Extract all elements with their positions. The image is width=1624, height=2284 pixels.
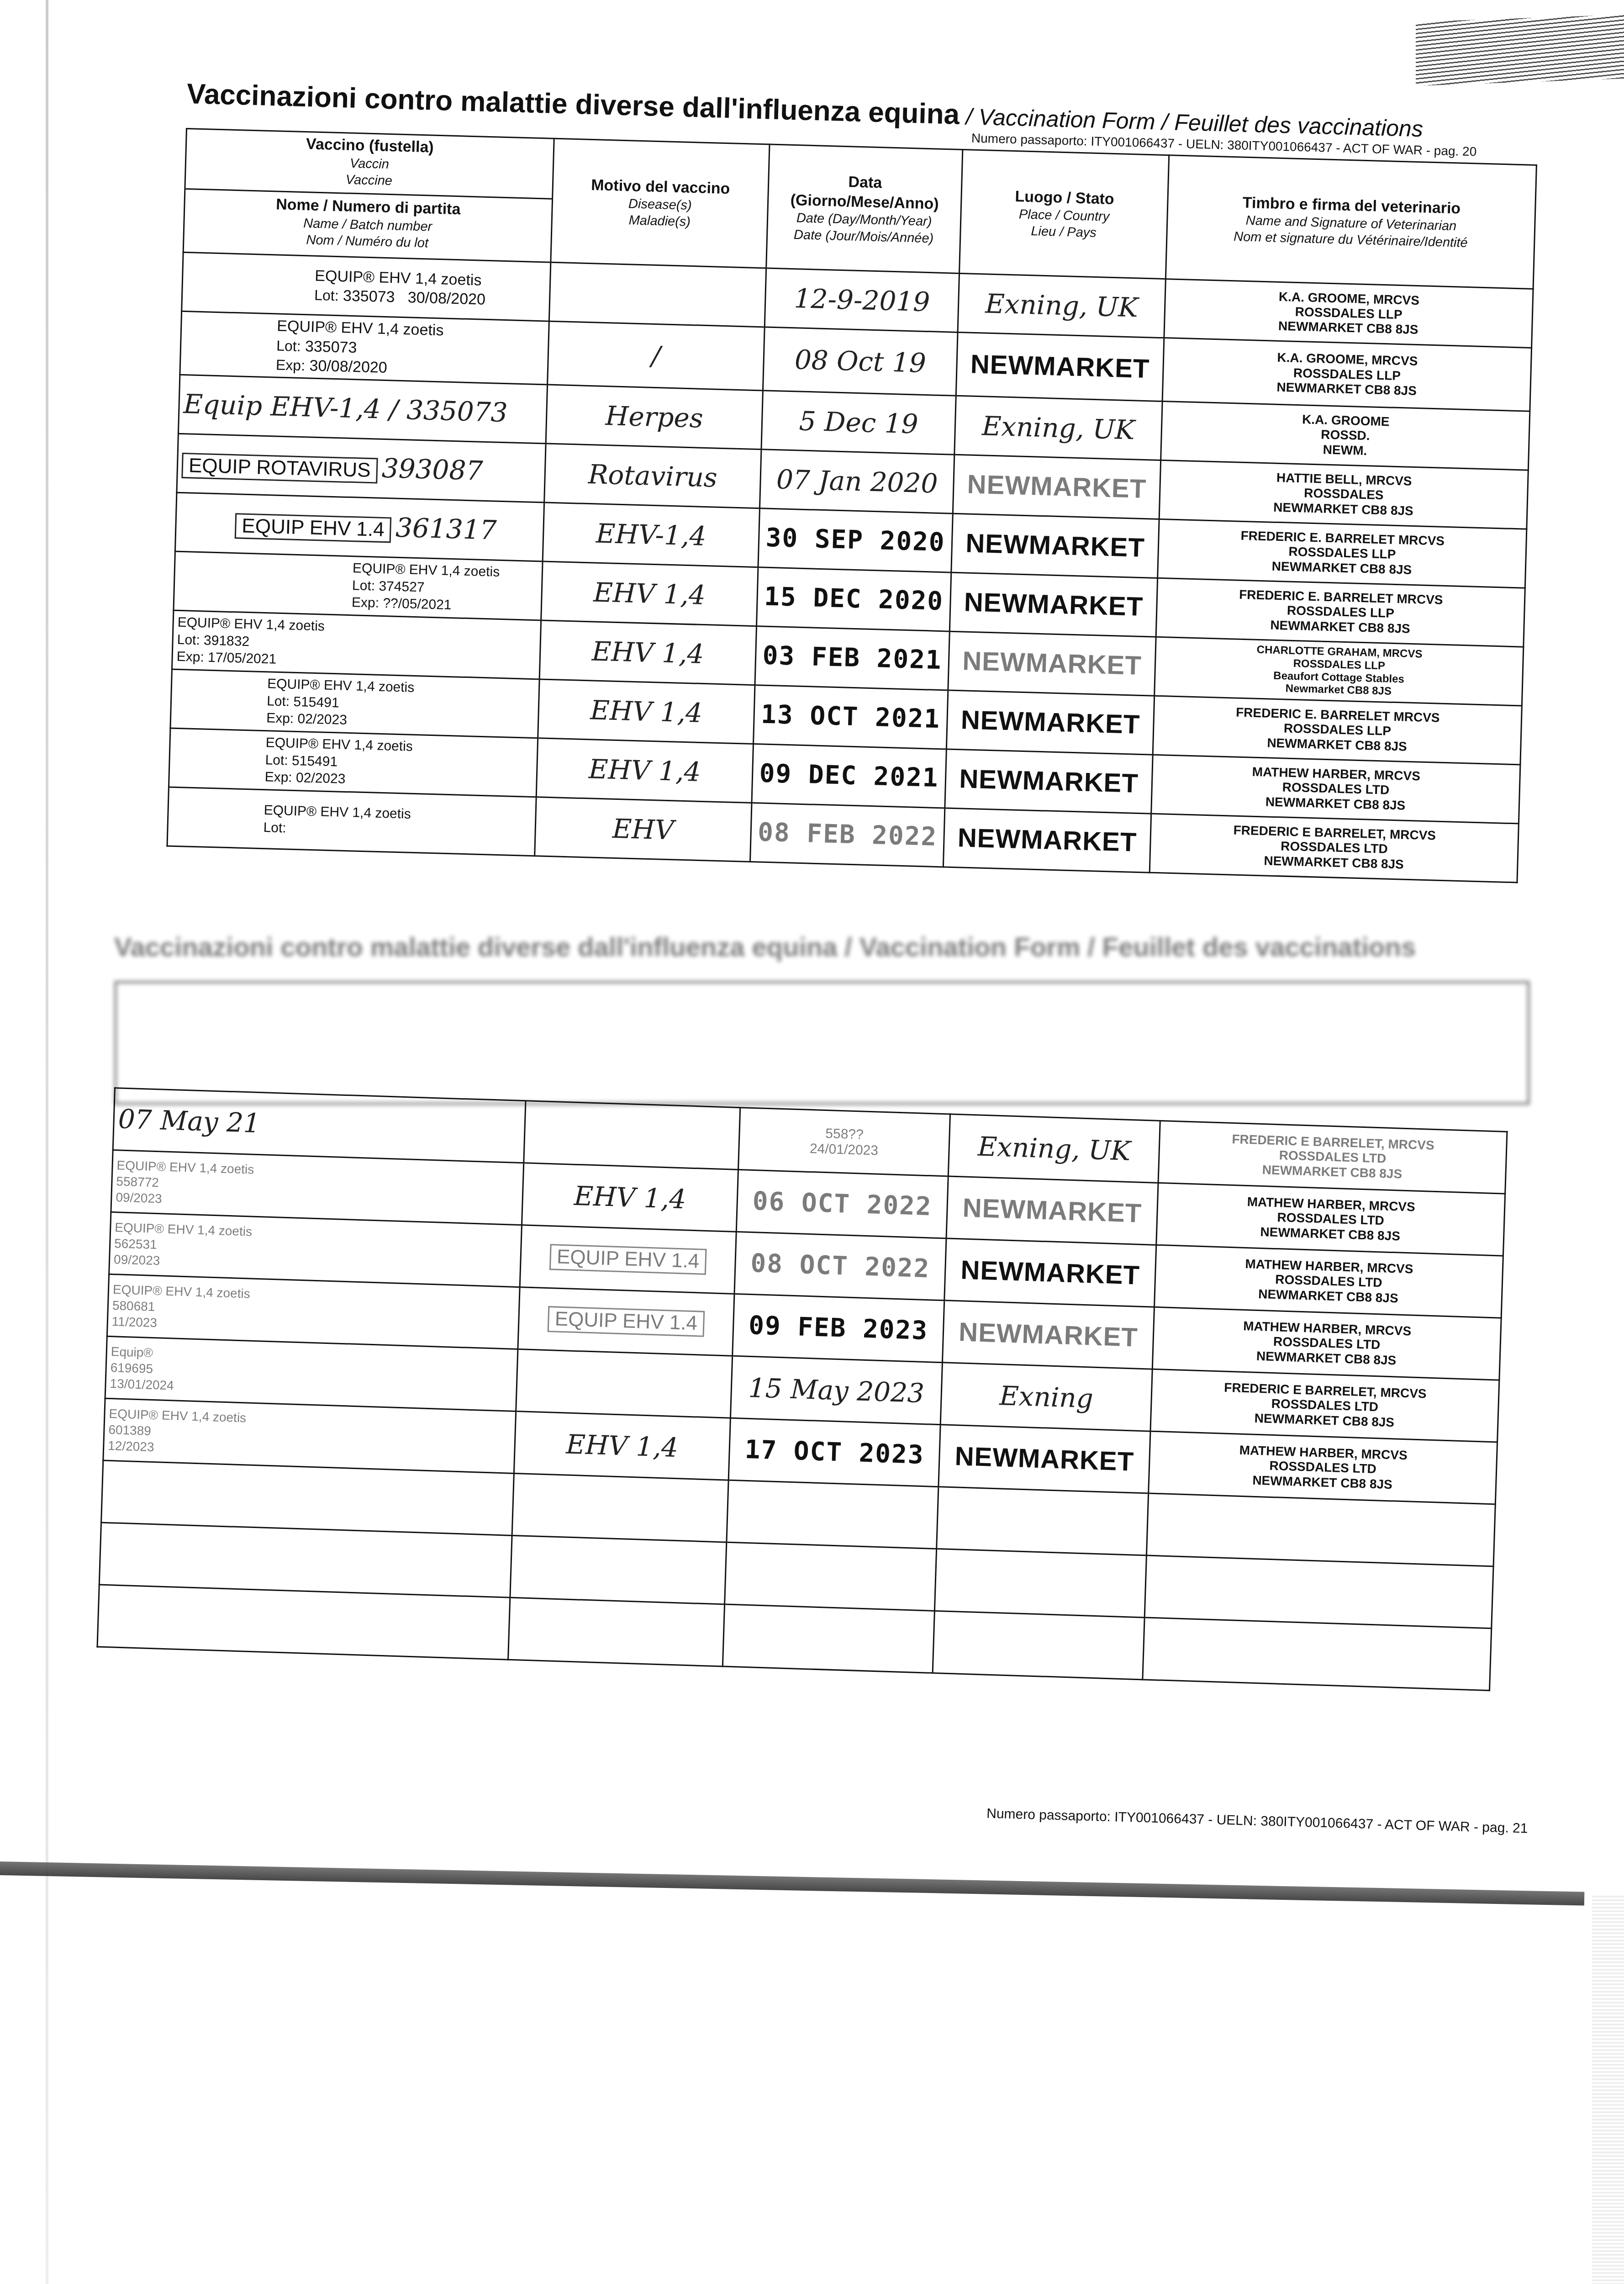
vaccine-sticker: EQUIP® EHV 1,4 zoetis60138912/2023 [103,1398,516,1473]
vet-stamp: K.A. GROOMEROSSD.NEWM. [1161,401,1530,470]
rotavirus-stamp: EQUIP ROTAVIRUS [181,453,378,484]
disease-cell: EHV-1,4 [543,502,760,567]
place-cell: Exning [940,1363,1152,1431]
date-cell: 17 OCT 2023 [728,1418,940,1486]
vet-stamp: FREDERIC E. BARRELET MRCVSROSSDALES LLPN… [1158,519,1527,588]
date-cell: 15 May 2023 [730,1356,942,1424]
vaccine-cell: EQUIP EHV 1.4 361317 [175,492,544,561]
disease-cell: Rotavirus [544,444,761,508]
vet-stamp: FREDERIC E BARRELET, MRCVSROSSDALES LTDN… [1158,1121,1507,1194]
ehv-stamp: EQUIP EHV 1.4 [235,513,392,543]
disease-cell [524,1101,740,1170]
disease-cell [549,262,766,327]
disease-cell: EHV 1,4 [539,620,757,685]
place-cell: NEWMARKET [943,808,1151,872]
lot-handwritten: 361317 [395,512,497,546]
place-cell: NEWMARKET [942,1301,1154,1369]
place-cell: NEWMARKET [944,1238,1156,1307]
place-cell: Exning, UK [954,396,1163,460]
scan-right-edge [1592,1896,1624,2284]
vet-stamp: MATHEW HARBER, MRCVSROSSDALES LTDNEWMARK… [1156,1183,1505,1256]
header-vet: Timbro e firma del veterinarioName and S… [1166,155,1537,289]
date-cell: 13 OCT 2021 [754,685,948,749]
vaccination-table-page-21: 07 May 21 558??24/01/2023 Exning, UK FRE… [96,1087,1508,1691]
place-cell: NEWMARKET [953,455,1161,519]
place-cell: NEWMARKET [945,749,1153,813]
page-20: Vaccinazioni contro malattie diverse dal… [186,78,1557,147]
disease-cell: EHV 1,4 [522,1163,738,1232]
vet-stamp: CHARLOTTE GRAHAM, MRCVSROSSDALES LLPBeau… [1155,637,1524,706]
date-cell: 15 DEC 2020 [757,567,951,631]
place-cell: NEWMARKET [949,572,1158,637]
date-cell: 08 FEB 2022 [750,803,945,867]
vaccination-table-page-20: Vaccino (fustella)VaccinVaccine Nome / N… [166,128,1537,883]
title-italian: Vaccinazioni contro malattie diverse dal… [186,78,960,131]
date-cell: 12-9-2019 [765,268,960,332]
vaccine-sticker: EQUIP® EHV 1,4 zoetisLot: 335073 30/08/2… [182,252,551,321]
vet-stamp: K.A. GROOME, MRCVSROSSDALES LLPNEWMARKET… [1162,338,1531,411]
blurred-title: Vaccinazioni contro malattie diverse dal… [114,932,1530,962]
ehv-stamp: EQUIP EHV 1.4 [549,1244,707,1275]
vaccine-sticker: EQUIP® EHV 1,4 zoetisLot: 515491Exp: 02/… [169,728,538,797]
ehv-stamp: EQUIP EHV 1.4 [548,1306,705,1337]
vaccine-handwritten: Equip EHV-1,4 / 335073 [178,375,547,444]
vet-stamp: FREDERIC E BARRELET, MRCVSROSSDALES LTDN… [1150,814,1519,883]
vet-stamp: HATTIE BELL, MRCVSROSSDALESNEWMARKET CB8… [1159,460,1528,529]
disease-cell [516,1349,733,1418]
disease-cell: EHV 1,4 [541,561,758,626]
place-cell: NEWMARKET [951,513,1160,578]
vaccine-sticker: EQUIP® EHV 1,4 zoetisLot: 515491Exp: 02/… [170,669,539,738]
place-cell: NEWMARKET [946,690,1155,755]
lot-sticker: 558??24/01/2023 [738,1108,950,1176]
disease-cell: EHV [534,797,752,862]
vet-stamp: MATHEW HARBER, MRCVSROSSDALES LTDNEWMARK… [1151,755,1520,824]
disease-cell: Herpes [546,385,763,449]
place-cell: NEWMARKET [948,631,1156,696]
date-cell: 03 FEB 2021 [755,626,949,690]
vet-stamp: FREDERIC E. BARRELET MRCVSROSSDALES LLPN… [1153,696,1522,765]
date-cell: 07 Jan 2020 [760,449,954,513]
date-cell: 08 OCT 2022 [734,1232,946,1300]
passport-footer: Numero passaporto: ITY001066437 - UELN: … [986,1806,1528,1836]
place-cell: Exning, UK [948,1114,1160,1183]
vaccine-cell: EQUIP ROTAVIRUS 393087 [177,434,546,502]
header-place: Luogo / StatoPlace / CountryLieu / Pays [959,149,1169,279]
place-cell: NEWMARKET [939,1425,1150,1493]
place-cell: Exning, UK [958,273,1166,338]
vaccine-sticker: EQUIP® EHV 1,4 zoetisLot: [167,787,536,856]
date-cell: 5 Dec 19 [761,390,956,454]
disease-cell: EQUIP EHV 1.4 [520,1225,736,1294]
vaccine-sticker: EQUIP® EHV 1,4 zoetisLot: 391832Exp: 17/… [172,610,541,679]
header-date: Data (Giorno/Mese/Anno)Date (Day/Month/Y… [766,144,963,273]
date-cell: 08 Oct 19 [763,327,958,396]
place-cell: NEWMARKET [946,1176,1158,1245]
scan-left-edge [46,0,48,2284]
vet-stamp: FREDERIC E. BARRELET MRCVSROSSDALES LLPN… [1156,578,1525,647]
vet-stamp: MATHEW HARBER, MRCVSROSSDALES LTDNEWMARK… [1155,1245,1503,1318]
vaccine-sticker: EQUIP® EHV 1,4 zoetisLot: 374527Exp: ??/… [174,551,543,620]
date-cell: 30 SEP 2020 [758,508,953,572]
date-cell: 09 FEB 2023 [733,1294,944,1362]
scan-artifact-stripes [1416,15,1624,86]
vet-stamp: MATHEW HARBER, MRCVSROSSDALES LTDNEWMARK… [1152,1307,1501,1380]
place-cell: NEWMARKET [956,332,1164,401]
disease-cell: EHV 1,4 [514,1411,730,1480]
vet-stamp: K.A. GROOME, MRCVSROSSDALES LLPNEWMARKET… [1164,279,1533,348]
date-cell: 09 DEC 2021 [752,744,946,808]
scan-bottom-edge [0,1861,1584,1906]
date-cell: 06 OCT 2022 [736,1170,948,1238]
vaccine-sticker: EQUIP® EHV 1,4 zoetisLot: 335073Exp: 30/… [180,311,549,384]
lot-handwritten: 393087 [381,453,483,486]
disease-cell: EHV 1,4 [538,679,755,744]
disease-cell: / [547,321,765,390]
header-disease: Motivo del vaccinoDisease(s)Maladie(s) [550,138,770,268]
header-vaccine: Vaccino (fustella)VaccinVaccine Nome / N… [183,128,554,262]
vet-stamp: MATHEW HARBER, MRCVSROSSDALES LTDNEWMARK… [1149,1431,1497,1504]
vet-stamp: FREDERIC E BARRELET, MRCVSROSSDALES LTDN… [1150,1369,1499,1442]
disease-cell: EHV 1,4 [536,738,754,803]
disease-cell: EQUIP EHV 1.4 [518,1287,734,1356]
